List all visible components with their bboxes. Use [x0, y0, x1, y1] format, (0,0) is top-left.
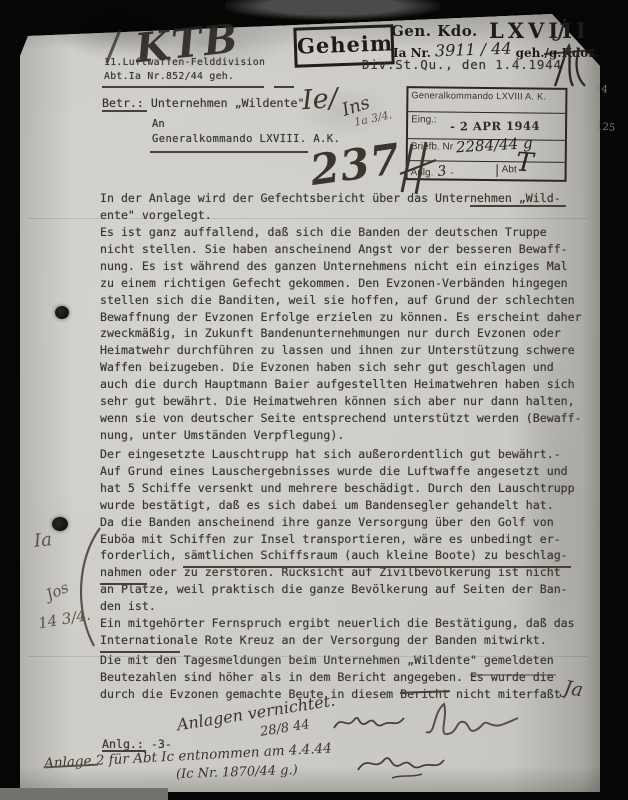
handwritten-abt-mark: T: [515, 147, 534, 178]
signature-scribble: [418, 696, 526, 746]
punch-hole-bottom: [52, 517, 68, 531]
genkdo-stamp: Gen. Kdo.: [391, 22, 478, 40]
subject-line: Betr.: Unternehmen „Wildente": [102, 96, 304, 110]
punch-hole-top: [55, 306, 69, 319]
sender-unit-line1: 11.Luftwaffen-Felddivision: [104, 57, 265, 68]
overtype-mark: [470, 674, 556, 676]
underline: [100, 583, 147, 585]
margin-parenthesis-stroke: [70, 526, 104, 650]
paragraph-2: Es ist ganz auffallend, daß sich die Ban…: [100, 224, 582, 444]
margin-initial-ia: Ia: [33, 529, 53, 552]
underline: [183, 566, 571, 568]
place-date-line: Div.St.Qu., den 1.4.1944: [362, 57, 562, 72]
scanned-document-photo: KTB Geheim Gen. Kdo. LXVIII j Ia Nr. 391…: [0, 0, 628, 800]
margin-paraph: Ja: [562, 677, 584, 702]
address-an: An: [152, 118, 165, 130]
anlagen-dash: -: [450, 168, 453, 179]
paragraph-3: Der eingesetzte Lauschtrupp hat sich auß…: [100, 446, 575, 649]
archive-mark: 14: [594, 83, 608, 95]
underline: [150, 151, 308, 153]
paragraph-1: In der Anlage wird der Gefechtsbericht ü…: [100, 190, 561, 224]
underline: [102, 110, 147, 112]
eingang-date-stamp: - 2 APR 1944: [450, 119, 540, 134]
sender-unit-line2: Abt.Ia Nr.852/44 geh.: [104, 71, 234, 82]
underline: [470, 205, 566, 207]
archive-mark: 125: [595, 121, 615, 134]
address-recipient: Generalkommando LXVIII. A.K.: [152, 133, 340, 145]
signature-scribble-2: [352, 744, 448, 786]
eingang-label: Eing.:: [411, 114, 437, 125]
pen-scribble-over-date: [545, 42, 597, 90]
background-shadow: [225, 0, 440, 20]
underline: [274, 86, 294, 88]
table-edge: [0, 788, 168, 800]
underline: [102, 86, 264, 88]
underline: [100, 651, 180, 653]
handwritten-routing: Ie/: [301, 83, 339, 116]
initials-scribble: [330, 708, 408, 736]
receipt-header: Generalkommando LXVIII A. K.: [408, 88, 565, 113]
